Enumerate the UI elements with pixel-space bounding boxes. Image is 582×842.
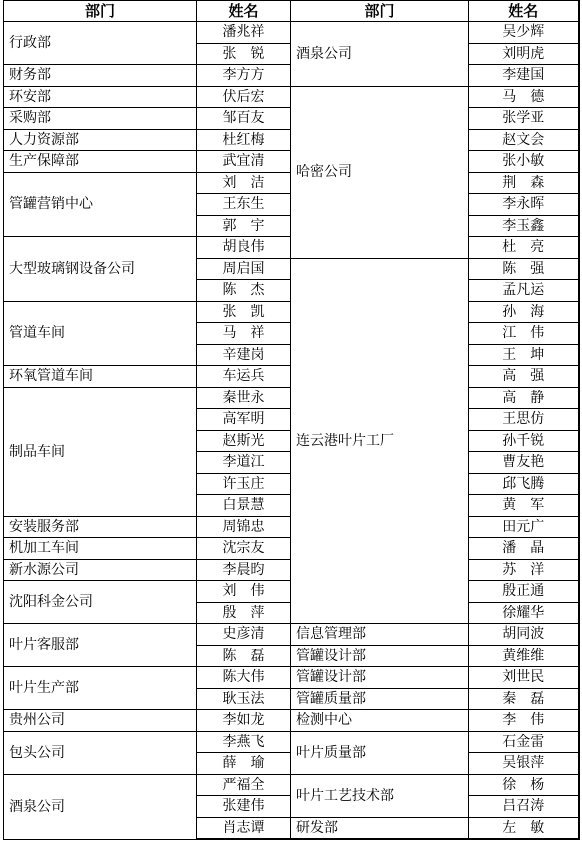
left-name-cell: 车运兵 [197,366,291,388]
right-name-cell: 秦 磊 [469,688,579,710]
right-dept-cell: 酒泉公司 [291,22,469,87]
right-name-cell: 孙千锐 [469,430,579,452]
left-name-cell: 殷 萍 [197,602,291,624]
left-name-cell: 周锦忠 [197,516,291,538]
left-name-cell: 陈 杰 [197,280,291,302]
right-name-cell: 吴银萍 [469,753,579,775]
left-dept-cell: 采购部 [4,108,197,130]
left-dept-cell: 管道车间 [4,301,197,366]
right-name-cell: 陈 强 [469,258,579,280]
left-dept-cell: 人力资源部 [4,129,197,151]
left-name-cell: 张建伟 [197,796,291,818]
left-name-cell: 伏后宏 [197,86,291,108]
right-name-cell: 李建国 [469,65,579,87]
right-name-cell: 苏 洋 [469,559,579,581]
left-name-cell: 陈 磊 [197,645,291,667]
left-name-cell: 赵斯光 [197,430,291,452]
left-name-cell: 郭 宇 [197,215,291,237]
right-name-cell: 邱飞腾 [469,473,579,495]
table-row: 叶片生产部陈大伟管罐设计部刘世民 [4,667,579,689]
left-name-cell: 李如龙 [197,710,291,732]
right-dept-cell: 连云港叶片工厂 [291,258,469,624]
left-name-cell: 严福全 [197,774,291,796]
left-dept-cell: 管罐营销中心 [4,172,197,237]
left-name-cell: 张 锐 [197,43,291,65]
left-name-cell: 武宜清 [197,151,291,173]
right-name-cell: 王思仿 [469,409,579,431]
left-dept-cell: 贵州公司 [4,710,197,732]
right-dept-cell: 研发部 [291,817,469,839]
left-dept-cell: 财务部 [4,65,197,87]
right-name-cell: 田元广 [469,516,579,538]
header-dept-left: 部门 [4,1,197,22]
left-name-cell: 邹百友 [197,108,291,130]
right-name-cell: 石金雷 [469,731,579,753]
table-row: 包头公司李燕飞叶片质量部石金雷 [4,731,579,753]
right-name-cell: 高 静 [469,387,579,409]
left-name-cell: 陈大伟 [197,667,291,689]
right-name-cell: 孟凡运 [469,280,579,302]
right-name-cell: 杜 亮 [469,237,579,259]
right-name-cell: 徐 杨 [469,774,579,796]
right-dept-cell: 检测中心 [291,710,469,732]
right-name-cell: 刘世民 [469,667,579,689]
left-name-cell: 李方方 [197,65,291,87]
right-name-cell: 王 坤 [469,344,579,366]
left-name-cell: 沈宗友 [197,538,291,560]
left-dept-cell: 包头公司 [4,731,197,774]
left-dept-cell: 行政部 [4,22,197,65]
left-name-cell: 李晨昀 [197,559,291,581]
right-dept-cell: 叶片工艺技术部 [291,774,469,817]
header-name-right: 姓名 [469,1,579,22]
right-name-cell: 殷正通 [469,581,579,603]
right-name-cell: 赵文会 [469,129,579,151]
table-row: 贵州公司李如龙检测中心李 伟 [4,710,579,732]
header-name-left: 姓名 [197,1,291,22]
right-name-cell: 刘明虎 [469,43,579,65]
left-name-cell: 杜红梅 [197,129,291,151]
left-dept-cell: 叶片客服部 [4,624,197,667]
left-name-cell: 刘 洁 [197,172,291,194]
right-name-cell: 李 伟 [469,710,579,732]
right-name-cell: 江 伟 [469,323,579,345]
left-name-cell: 许玉庄 [197,473,291,495]
header-row: 部门 姓名 部门 姓名 [4,1,579,22]
table-row: 叶片客服部史彦清信息管理部胡同波 [4,624,579,646]
left-name-cell: 耿玉法 [197,688,291,710]
left-name-cell: 高军明 [197,409,291,431]
left-name-cell: 白景慧 [197,495,291,517]
header-dept-right: 部门 [291,1,469,22]
right-name-cell: 潘 晶 [469,538,579,560]
right-dept-cell: 叶片质量部 [291,731,469,774]
left-name-cell: 李燕飞 [197,731,291,753]
department-roster-sheet: 部门 姓名 部门 姓名 行政部潘兆祥酒泉公司吴少辉张 锐刘明虎财务部李方方李建国… [3,0,580,840]
left-name-cell: 潘兆祥 [197,22,291,44]
left-name-cell: 薛 瑜 [197,753,291,775]
left-name-cell: 胡良伟 [197,237,291,259]
table-row: 环安部伏后宏哈密公司马 德 [4,86,579,108]
left-name-cell: 周启国 [197,258,291,280]
right-name-cell: 马 德 [469,86,579,108]
right-name-cell: 张学亚 [469,108,579,130]
left-name-cell: 肖志谭 [197,817,291,839]
left-dept-cell: 生产保障部 [4,151,197,173]
left-name-cell: 秦世永 [197,387,291,409]
left-dept-cell: 机加工车间 [4,538,197,560]
left-name-cell: 王东生 [197,194,291,216]
right-name-cell: 李永晖 [469,194,579,216]
department-roster-table: 部门 姓名 部门 姓名 行政部潘兆祥酒泉公司吴少辉张 锐刘明虎财务部李方方李建国… [3,0,580,840]
right-name-cell: 黄维维 [469,645,579,667]
left-dept-cell: 酒泉公司 [4,774,197,839]
right-dept-cell: 信息管理部 [291,624,469,646]
right-dept-cell: 管罐质量部 [291,688,469,710]
right-dept-cell: 管罐设计部 [291,667,469,689]
left-name-cell: 马 祥 [197,323,291,345]
right-name-cell: 黄 军 [469,495,579,517]
right-name-cell: 徐耀华 [469,602,579,624]
left-dept-cell: 大型玻璃钢设备公司 [4,237,197,302]
left-name-cell: 史彦清 [197,624,291,646]
right-name-cell: 左 敏 [469,817,579,839]
right-name-cell: 吴少辉 [469,22,579,44]
left-name-cell: 李道江 [197,452,291,474]
table-row: 行政部潘兆祥酒泉公司吴少辉 [4,22,579,44]
right-name-cell: 吕召涛 [469,796,579,818]
left-dept-cell: 制品车间 [4,387,197,516]
right-name-cell: 李玉鑫 [469,215,579,237]
left-name-cell: 张 凯 [197,301,291,323]
right-name-cell: 张小敏 [469,151,579,173]
left-dept-cell: 新水源公司 [4,559,197,581]
left-dept-cell: 安装服务部 [4,516,197,538]
right-dept-cell: 哈密公司 [291,86,469,258]
right-dept-cell: 管罐设计部 [291,645,469,667]
left-dept-cell: 环安部 [4,86,197,108]
left-name-cell: 刘 伟 [197,581,291,603]
right-name-cell: 孙 海 [469,301,579,323]
right-name-cell: 胡同波 [469,624,579,646]
left-dept-cell: 沈阳科金公司 [4,581,197,624]
table-row: 酒泉公司严福全叶片工艺技术部徐 杨 [4,774,579,796]
left-name-cell: 辛建岗 [197,344,291,366]
right-name-cell: 荆 森 [469,172,579,194]
right-name-cell: 高 强 [469,366,579,388]
right-name-cell: 曹友艳 [469,452,579,474]
left-dept-cell: 环氧管道车间 [4,366,197,388]
left-dept-cell: 叶片生产部 [4,667,197,710]
